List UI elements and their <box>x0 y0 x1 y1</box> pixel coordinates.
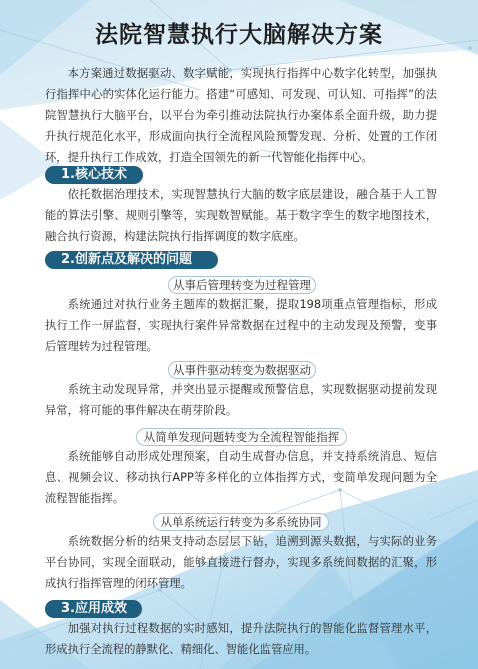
results-paragraph: 加强对执行过程数据的实时感知，提升法院执行的智能化监督管理水平，形成执行全流程的… <box>45 618 437 660</box>
data-driven-paragraph: 系统主动发现异常，并突出显示提醒或预警信息，实现数据驱动提前发现异常，将可能的事… <box>45 379 437 421</box>
section-heading-core-tech: 1.核心技术 <box>45 166 143 184</box>
document-page: 法院智慧执行大脑解决方案 本方案通过数据驱动、数字赋能，实现执行指挥中心数字化转… <box>0 0 478 669</box>
subheading-multi-system: 从单系统运行转变为多系统协同 <box>153 513 329 531</box>
page-title: 法院智慧执行大脑解决方案 <box>0 16 478 49</box>
core-tech-paragraph: 依托数据治理技术，实现智慧执行大脑的数字底层建设，融合基于人工智能的算法引擎、规… <box>45 184 437 247</box>
intro-paragraph: 本方案通过数据驱动、数字赋能，实现执行指挥中心数字化转型，加强执行指挥中心的实体… <box>45 63 437 168</box>
section-heading-results: 3.应用成效 <box>45 600 142 618</box>
subheading-intelligent-command: 从简单发现问题转变为全流程智能指挥 <box>136 428 347 446</box>
section-heading-innovation: 2.创新点及解决的问题 <box>45 251 218 269</box>
subheading-data-driven: 从事件驱动转变为数据驱动 <box>168 361 316 379</box>
subheading-process-management: 从事后管理转变为过程管理 <box>168 276 316 294</box>
intelligent-command-paragraph: 系统能够自动形成处理预案，自动生成督办信息，并支持系统消息、短信息、视频会议、移… <box>45 446 437 509</box>
multi-system-paragraph: 系统数据分析的结果支持动态层层下钻，追溯到源头数据，与实际的业务平台协同，实现全… <box>45 531 437 594</box>
process-management-paragraph: 系统通过对执行业务主题库的数据汇聚，提取198项重点管理指标，形成执行工作一屏监… <box>45 294 437 357</box>
